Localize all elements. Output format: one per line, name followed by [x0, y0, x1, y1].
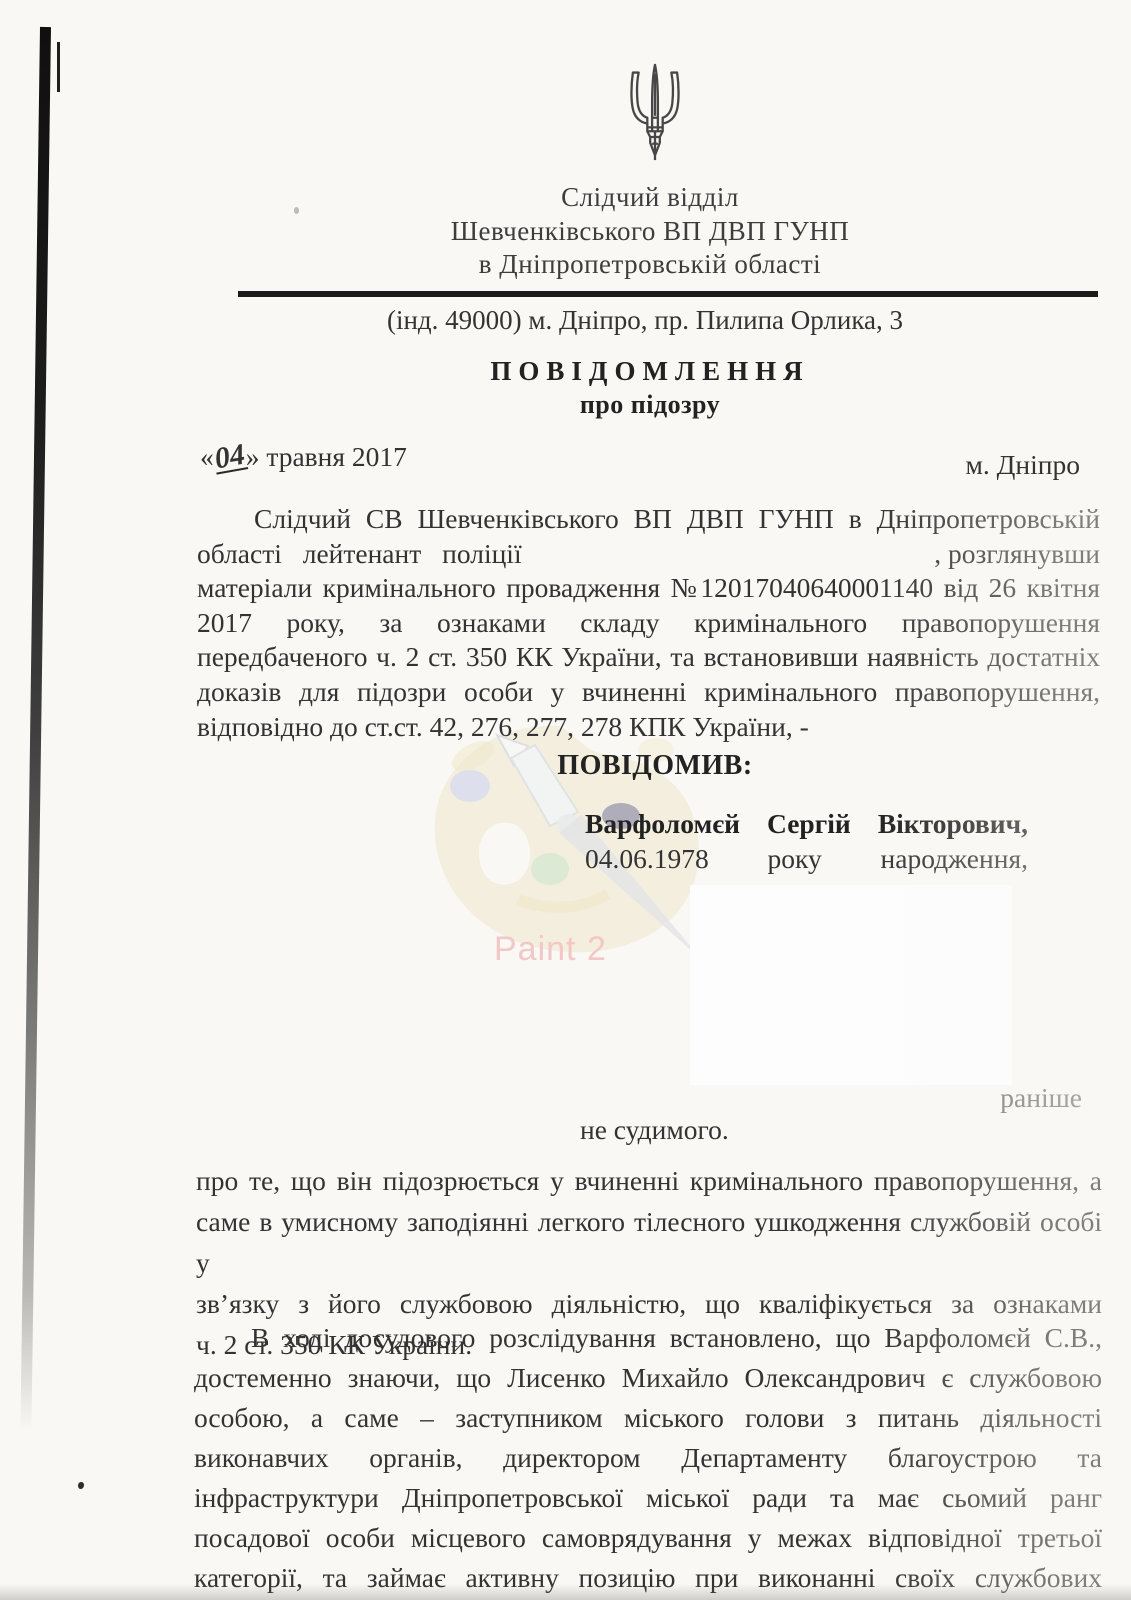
text-line: матеріали кримінального провадження №120… — [197, 571, 1100, 606]
row-word: Варфоломєй — [585, 806, 740, 841]
document-title-block: ПОВІДОМЛЕННЯ про підозру — [170, 356, 1130, 420]
text-line: виконавчих органів, директором Департаме… — [194, 1438, 1102, 1478]
text-line: області лейтенант поліції, розглянувши — [197, 537, 1100, 572]
org-line: Слідчий відділ — [170, 181, 1130, 215]
row-word: Сергій — [767, 806, 851, 841]
scan-speck — [78, 1482, 84, 1489]
suspect-name-row: ВарфоломєйСергійВікторович, — [585, 806, 1028, 841]
row-word: Вікторович, — [878, 806, 1028, 841]
notified-heading: ПОВІДОМИВ: — [170, 750, 1131, 782]
text-segment: області лейтенант поліції — [197, 537, 522, 572]
text-line: Слідчий СВ Шевченківського ВП ДВП ГУНП в… — [197, 502, 1100, 537]
letterhead-divider-rule — [238, 291, 1098, 297]
row-word: 04.06.1978 — [585, 841, 709, 876]
redaction-block — [690, 885, 1012, 1085]
text-line: доказів для підозри особи у вчиненні кри… — [197, 675, 1100, 710]
text-line: передбаченого ч. 2 ст. 350 КК України, т… — [197, 640, 1100, 675]
row-word: року — [768, 841, 822, 876]
suspect-birth-row: 04.06.1978рокународження, — [585, 841, 1028, 876]
scanned-document-page: Paint 2 Слідчий відділ Шевченківського В… — [0, 0, 1131, 1600]
scan-line-artifact — [57, 42, 60, 92]
date-rest: травня 2017 — [260, 441, 407, 472]
text-line: інфраструктури Дніпропетровської міської… — [194, 1478, 1102, 1518]
text-line: достеменно знаючи, що Лисенко Михайло Ол… — [194, 1358, 1102, 1398]
text-line: посадової особи місцевого самоврядування… — [194, 1518, 1102, 1558]
ukraine-trident-emblem-icon — [620, 62, 690, 162]
text-line: 2017 року, за ознаками складу кримінальн… — [197, 606, 1100, 641]
letterhead-org-block: Слідчий відділ Шевченківського ВП ДВП ГУ… — [170, 181, 1130, 282]
date-left: «04» травня 2017 — [200, 441, 407, 481]
document-title: ПОВІДОМЛЕННЯ — [170, 356, 1130, 387]
suspect-name-block: ВарфоломєйСергійВікторович, 04.06.1978ро… — [585, 806, 1028, 876]
paragraph-investigation: В ході досудового розслідування встановл… — [194, 1318, 1102, 1598]
handwritten-day: 04 — [212, 441, 248, 474]
text-line: В ході досудового розслідування встановл… — [194, 1318, 1102, 1358]
paint-watermark-label: Paint 2 — [494, 930, 607, 969]
date-row: «04» травня 2017 м. Дніпро — [200, 441, 1080, 481]
org-line: в Дніпропетровській області — [170, 248, 1130, 282]
paragraph-intro: Слідчий СВ Шевченківського ВП ДВП ГУНП в… — [197, 502, 1100, 744]
document-subtitle: про підозру — [170, 390, 1130, 420]
letterhead-address: (інд. 49000) м. Дніпро, пр. Пилипа Орлик… — [160, 305, 1130, 336]
row-word: народження, — [881, 841, 1028, 876]
scan-bottom-shadow — [0, 1584, 1131, 1600]
text-line: відповідно до ст.ст. 42, 276, 277, 278 К… — [197, 710, 1100, 745]
text-line: саме в умисному заподіянні легкого тілес… — [196, 1201, 1102, 1283]
tail-word-right: раніше — [197, 1082, 1082, 1114]
org-line: Шевченківського ВП ДВП ГУНП — [170, 215, 1130, 249]
date-city: м. Дніпро — [966, 449, 1081, 481]
scan-edge-artifact — [20, 27, 51, 1432]
tail-line: не судимого. — [580, 1114, 729, 1146]
text-line: особою, а саме – заступником міського го… — [194, 1398, 1102, 1438]
text-line: про те, що він підозрюється у вчиненні к… — [196, 1160, 1102, 1201]
text-segment: , розглянувши — [934, 537, 1100, 572]
